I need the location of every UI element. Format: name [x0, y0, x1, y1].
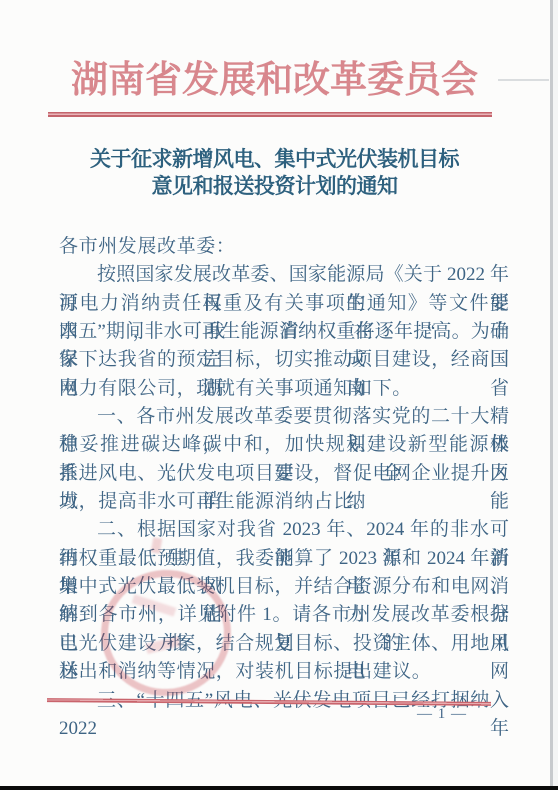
body-line: 推进风电、光伏发电项目建设，督促电网企业提升区域消纳能 — [59, 460, 509, 488]
scan-page-edge-line — [550, 0, 553, 786]
body-line: 家下达我省的预定目标，切实推动项目建设，经商国网湖南省 — [59, 346, 509, 374]
issuing-org-letterhead: 湖南省发展和改革委员会 — [0, 57, 549, 105]
letterhead-divider-line — [48, 112, 492, 117]
body-line: 按照国家发展改革委、国家能源局《关于 2022 年可再生能 — [59, 261, 509, 289]
scan-artifact-line — [498, 79, 549, 81]
scan-margin-strip — [553, 0, 558, 786]
document-title-line2: 意见和报送投资计划的通知 — [0, 173, 549, 200]
scanned-document-page: 湖南省发展和改革委员会 关于征求新增风电、集中式光伏装机目标 意见和报送投资计划… — [0, 0, 558, 790]
body-line: 二、根据国家对我省 2023 年、2024 年的非水可再生能源消 — [59, 516, 509, 544]
body-line: 源电力消纳责任权重及有关事项的通知》等文件要求，我省在“十 — [59, 290, 509, 318]
body-line: 四五”期间非水可再生能源消纳权重将逐年提高。为确保完成国 — [59, 318, 509, 346]
salutation-line: 各市州发展改革委： — [59, 233, 509, 261]
page-number: — 1 — — [402, 706, 482, 723]
scan-bottom-edge — [0, 786, 558, 790]
body-line: 稳妥推进碳达峰碳中和，加快规划建设新型能源体系。要全力 — [59, 431, 509, 459]
document-title: 关于征求新增风电、集中式光伏装机目标 意见和报送投资计划的通知 — [0, 146, 549, 200]
document-title-line1: 关于征求新增风电、集中式光伏装机目标 — [0, 146, 549, 173]
body-line: 一、各市州发展改革委要贯彻落实党的二十大精神，积极 — [59, 403, 509, 431]
body-line: 纳权重最低预期值，我委测算了 2023 年和 2024 年新增风电、 — [59, 545, 509, 573]
